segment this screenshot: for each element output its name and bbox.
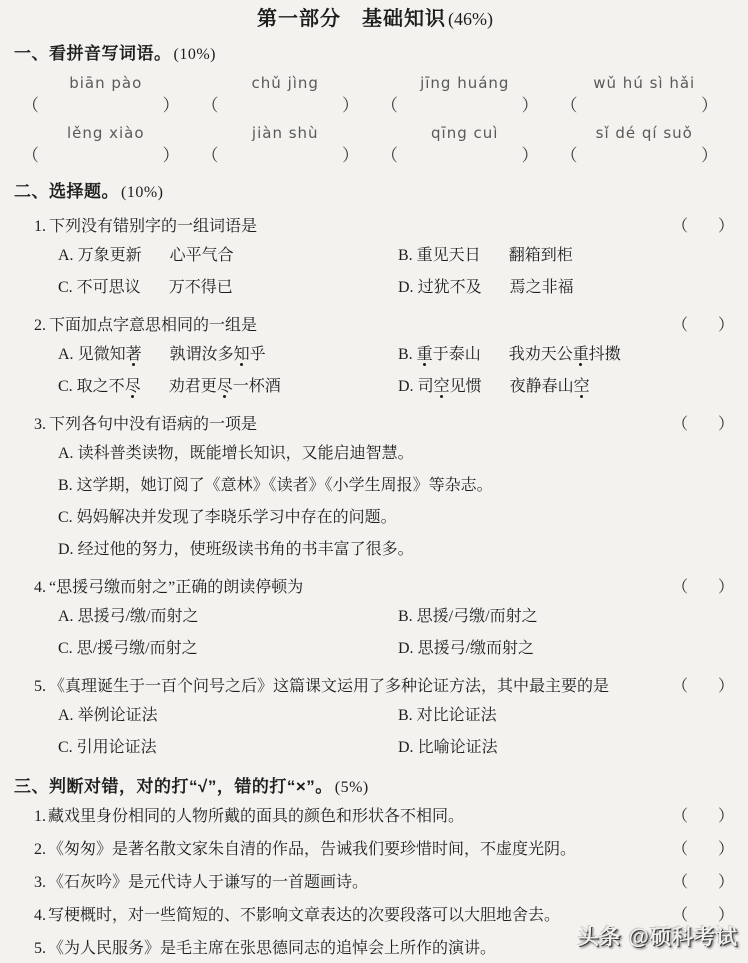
paren-open: （ <box>672 312 688 339</box>
pinyin-item: lěng xiào （） <box>16 123 196 167</box>
pinyin-text: lěng xiào <box>16 123 196 144</box>
pinyin-item: qīng cuì （） <box>375 123 555 167</box>
pinyin-row-2: lěng xiào （） jiàn shù （） qīng cuì （） sǐ … <box>14 123 736 167</box>
option-text: 不可思议 <box>77 279 141 296</box>
option-c: C.引用论证法 <box>58 732 398 764</box>
option-d: D.比喻论证法 <box>398 732 736 764</box>
paren-close: ） <box>718 800 734 833</box>
question-stem-row: 1. 下列没有错别字的一组词语是 （） <box>14 213 736 240</box>
option-c: C.思/援弓缴/而射之 <box>58 633 398 665</box>
answer-paren: （） <box>672 866 736 899</box>
pinyin-text: jiàn shù <box>196 123 376 144</box>
item-text: 《为人民服务》是毛主席在张思德同志的追悼会上所作的演讲。 <box>48 932 496 963</box>
option-b: B.对比论证法 <box>398 700 736 732</box>
option-text: 举例论证法 <box>78 707 158 724</box>
paren-open: （ <box>672 574 688 601</box>
pinyin-text: chǔ jìng <box>196 73 376 94</box>
option-a: A.见微知著孰谓汝多知乎 <box>58 339 398 371</box>
option-a: A.读科普类读物，既能增长知识，又能启迪智慧。 <box>58 438 736 470</box>
bracket-close: ） <box>701 94 718 117</box>
paren-close: ） <box>718 673 734 700</box>
question-5: 5. 《真理诞生于一百个问号之后》这篇课文运用了多种论证方法，其中最主要的是 （… <box>14 673 736 764</box>
paren-close: ） <box>718 312 734 339</box>
option-b: B.思援/弓缴/而射之 <box>398 601 736 633</box>
question-stem: “思援弓缴而射之”正确的朗读停顿为 <box>49 574 303 601</box>
paren-open: （ <box>672 411 688 438</box>
question-stem: 下面加点字意思相同的一组是 <box>49 312 257 339</box>
item-number: 1. <box>34 800 46 833</box>
section-three-heading-text: 三、判断对错，对的打“√”，错的打“×”。 <box>14 777 333 796</box>
option-label: C. <box>58 378 73 395</box>
option-text: 司空见惯 <box>418 378 482 395</box>
answer-bracket: （） <box>16 144 196 167</box>
option-c: C.妈妈解决并发现了李晓乐学习中存在的问题。 <box>58 502 736 534</box>
paren-open: （ <box>672 800 688 833</box>
option-b: B.这学期，她订阅了《意林》《读者》《小学生周报》等杂志。 <box>58 470 736 502</box>
option-label: B. <box>398 247 413 264</box>
option-c: C.不可思议万不得已 <box>58 272 398 304</box>
option-label: A. <box>58 445 74 462</box>
option-text: 思援弓/缴/而射之 <box>78 608 199 625</box>
judge-item-2: 2. 《匆匆》是著名散文家朱自清的作品，告诫我们要珍惜时间，不虚度光阴。 （） <box>14 833 736 866</box>
option-label: D. <box>58 541 74 558</box>
item-number: 4. <box>34 899 46 932</box>
question-2: 2. 下面加点字意思相同的一组是 （） A.见微知著孰谓汝多知乎 B.重于泰山我… <box>14 312 736 403</box>
option-text-2: 孰谓汝多知乎 <box>170 346 266 363</box>
option-text: 读科普类读物，既能增长知识，又能启迪智慧。 <box>78 445 414 462</box>
answer-paren: （） <box>672 673 736 700</box>
option-text: 见微知著 <box>78 346 142 363</box>
paren-open: （ <box>672 833 688 866</box>
option-label: C. <box>58 739 73 756</box>
option-text-2: 我劝天公重抖擞 <box>509 346 621 363</box>
section-one-heading: 一、看拼音写词语。(10%) <box>14 41 736 67</box>
option-text: 思援/弓缴/而射之 <box>417 608 538 625</box>
option-text: 对比论证法 <box>417 707 497 724</box>
option-text-2: 万不得已 <box>169 279 233 296</box>
question-options: A.读科普类读物，既能增长知识，又能启迪智慧。 B.这学期，她订阅了《意林》《读… <box>14 438 736 566</box>
question-stem-row: 5. 《真理诞生于一百个问号之后》这篇课文运用了多种论证方法，其中最主要的是 （… <box>14 673 736 700</box>
item-number: 2. <box>34 833 46 866</box>
option-text: 思援弓/缴而射之 <box>418 640 534 657</box>
answer-bracket: （） <box>375 144 555 167</box>
section-three-score: (5%) <box>335 779 369 796</box>
exam-paper: 第一部分 基础知识(46%) 一、看拼音写词语。(10%) biān pào （… <box>0 0 748 963</box>
bracket-open: （ <box>381 94 398 117</box>
option-label: A. <box>58 247 74 264</box>
option-label: C. <box>58 509 73 526</box>
bracket-open: （ <box>22 94 39 117</box>
answer-paren: （） <box>672 800 736 833</box>
option-text: 万象更新 <box>78 247 142 264</box>
question-number: 2. <box>34 312 46 339</box>
answer-bracket: （） <box>196 144 376 167</box>
pinyin-text: wǔ hú sì hǎi <box>555 73 735 94</box>
page-title: 第一部分 基础知识(46%) <box>14 6 736 33</box>
bracket-open: （ <box>202 94 219 117</box>
option-a: A.万象更新心平气合 <box>58 240 398 272</box>
bracket-close: ） <box>342 144 359 167</box>
bracket-open: （ <box>202 144 219 167</box>
question-3: 3. 下列各句中没有语病的一项是 （） A.读科普类读物，既能增长知识，又能启迪… <box>14 411 736 566</box>
option-d: D.经过他的努力，使班级读书角的书丰富了很多。 <box>58 534 736 566</box>
pinyin-item: jīng huáng （） <box>375 73 555 117</box>
answer-bracket: （） <box>555 144 735 167</box>
item-number: 3. <box>34 866 46 899</box>
pinyin-text: sǐ dé qí suǒ <box>555 123 735 144</box>
item-text: 《匆匆》是著名散文家朱自清的作品，告诫我们要珍惜时间，不虚度光阴。 <box>48 833 576 866</box>
question-stem: 下列各句中没有语病的一项是 <box>49 411 257 438</box>
section-one-heading-text: 一、看拼音写词语。 <box>14 44 172 63</box>
paren-open: （ <box>672 213 688 240</box>
section-one-score: (10%) <box>174 46 216 63</box>
answer-bracket: （） <box>196 94 376 117</box>
question-stem: 下列没有错别字的一组词语是 <box>49 213 257 240</box>
option-text: 思/援弓缴/而射之 <box>77 640 198 657</box>
option-c: C.取之不尽劝君更尽一杯酒 <box>58 371 398 403</box>
option-text: 重于泰山 <box>417 346 481 363</box>
option-label: A. <box>58 346 74 363</box>
bracket-close: ） <box>163 94 180 117</box>
option-a: A.思援弓/缴/而射之 <box>58 601 398 633</box>
item-text: 写梗概时，对一些简短的、不影响文章表达的次要段落可以大胆地舍去。 <box>48 899 560 932</box>
option-text: 引用论证法 <box>77 739 157 756</box>
option-label: A. <box>58 707 74 724</box>
item-text: 《石灰吟》是元代诗人于谦写的一首题画诗。 <box>48 866 368 899</box>
section-three-heading: 三、判断对错，对的打“√”，错的打“×”。(5%) <box>14 774 736 800</box>
question-number: 3. <box>34 411 46 438</box>
page-title-text: 第一部分 基础知识 <box>257 8 446 30</box>
bracket-close: ） <box>163 144 180 167</box>
option-text: 妈妈解决并发现了李晓乐学习中存在的问题。 <box>77 509 397 526</box>
option-label: D. <box>398 640 414 657</box>
question-stem-row: 3. 下列各句中没有语病的一项是 （） <box>14 411 736 438</box>
bracket-close: ） <box>522 94 539 117</box>
question-options: A.举例论证法 B.对比论证法 C.引用论证法 D.比喻论证法 <box>14 700 736 764</box>
option-label: B. <box>398 346 413 363</box>
paren-close: ） <box>718 866 734 899</box>
bracket-close: ） <box>701 144 718 167</box>
option-label: B. <box>398 608 413 625</box>
question-stem-row: 4. “思援弓缴而射之”正确的朗读停顿为 （） <box>14 574 736 601</box>
option-label: B. <box>398 707 413 724</box>
paren-close: ） <box>718 213 734 240</box>
option-text-2: 翻箱到柜 <box>509 247 573 264</box>
answer-paren: （） <box>672 833 736 866</box>
option-label: D. <box>398 378 414 395</box>
pinyin-item: jiàn shù （） <box>196 123 376 167</box>
pinyin-text: biān pào <box>16 73 196 94</box>
question-number: 1. <box>34 213 46 240</box>
question-number: 5. <box>34 673 46 700</box>
item-text: 藏戏里身份相同的人物所戴的面具的颜色和形状各不相同。 <box>48 800 464 833</box>
judge-item-1: 1. 藏戏里身份相同的人物所戴的面具的颜色和形状各不相同。 （） <box>14 800 736 833</box>
bracket-open: （ <box>381 144 398 167</box>
option-d: D.思援弓/缴而射之 <box>398 633 736 665</box>
option-text: 取之不尽 <box>77 378 141 395</box>
option-text-2: 焉之非福 <box>510 279 574 296</box>
bracket-open: （ <box>561 94 578 117</box>
option-label: A. <box>58 608 74 625</box>
option-b: B.重于泰山我劝天公重抖擞 <box>398 339 736 371</box>
option-label: C. <box>58 640 73 657</box>
paren-close: ） <box>718 833 734 866</box>
pinyin-row-1: biān pào （） chǔ jìng （） jīng huáng （） wǔ… <box>14 73 736 117</box>
item-number: 5. <box>34 932 46 963</box>
option-text: 过犹不及 <box>418 279 482 296</box>
answer-bracket: （） <box>555 94 735 117</box>
question-stem: 《真理诞生于一百个问号之后》这篇课文运用了多种论证方法，其中最主要的是 <box>49 673 609 700</box>
question-number: 4. <box>34 574 46 601</box>
pinyin-item: sǐ dé qí suǒ （） <box>555 123 735 167</box>
option-text: 比喻论证法 <box>418 739 498 756</box>
option-text-2: 心平气合 <box>170 247 234 264</box>
pinyin-item: biān pào （） <box>16 73 196 117</box>
judge-item-3: 3. 《石灰吟》是元代诗人于谦写的一首题画诗。 （） <box>14 866 736 899</box>
paren-open: （ <box>672 866 688 899</box>
page-title-score: (46%) <box>448 9 493 29</box>
answer-paren: （） <box>672 213 736 240</box>
pinyin-text: jīng huáng <box>375 73 555 94</box>
option-b: B.重见天日翻箱到柜 <box>398 240 736 272</box>
question-1: 1. 下列没有错别字的一组词语是 （） A.万象更新心平气合 B.重见天日翻箱到… <box>14 213 736 304</box>
question-options: A.见微知著孰谓汝多知乎 B.重于泰山我劝天公重抖擞 C.取之不尽劝君更尽一杯酒… <box>14 339 736 403</box>
option-a: A.举例论证法 <box>58 700 398 732</box>
bracket-close: ） <box>522 144 539 167</box>
option-text-2: 劝君更尽一杯酒 <box>169 378 281 395</box>
paren-open: （ <box>672 673 688 700</box>
option-label: D. <box>398 739 414 756</box>
bracket-open: （ <box>22 144 39 167</box>
answer-paren: （） <box>672 411 736 438</box>
paren-close: ） <box>718 411 734 438</box>
option-text-2: 夜静春山空 <box>510 378 590 395</box>
section-two-heading-text: 二、选择题。 <box>14 182 119 201</box>
question-options: A.万象更新心平气合 B.重见天日翻箱到柜 C.不可思议万不得已 D.过犹不及焉… <box>14 240 736 304</box>
option-d: D.过犹不及焉之非福 <box>398 272 736 304</box>
answer-bracket: （） <box>375 94 555 117</box>
bracket-close: ） <box>342 94 359 117</box>
option-label: D. <box>398 279 414 296</box>
question-4: 4. “思援弓缴而射之”正确的朗读停顿为 （） A.思援弓/缴/而射之 B.思援… <box>14 574 736 665</box>
answer-bracket: （） <box>16 94 196 117</box>
pinyin-text: qīng cuì <box>375 123 555 144</box>
option-d: D.司空见惯夜静春山空 <box>398 371 736 403</box>
answer-paren: （） <box>672 574 736 601</box>
answer-paren: （） <box>672 312 736 339</box>
question-options: A.思援弓/缴/而射之 B.思援/弓缴/而射之 C.思/援弓缴/而射之 D.思援… <box>14 601 736 665</box>
bracket-open: （ <box>561 144 578 167</box>
option-text: 重见天日 <box>417 247 481 264</box>
question-stem-row: 2. 下面加点字意思相同的一组是 （） <box>14 312 736 339</box>
paren-close: ） <box>718 574 734 601</box>
watermark: 头条 @硕科考试 <box>578 921 738 951</box>
pinyin-item: chǔ jìng （） <box>196 73 376 117</box>
section-two-heading: 二、选择题。(10%) <box>14 179 736 205</box>
option-text: 这学期，她订阅了《意林》《读者》《小学生周报》等杂志。 <box>77 477 493 494</box>
option-label: C. <box>58 279 73 296</box>
pinyin-item: wǔ hú sì hǎi （） <box>555 73 735 117</box>
option-label: B. <box>58 477 73 494</box>
option-text: 经过他的努力，使班级读书角的书丰富了很多。 <box>78 541 414 558</box>
section-two-score: (10%) <box>121 184 163 201</box>
